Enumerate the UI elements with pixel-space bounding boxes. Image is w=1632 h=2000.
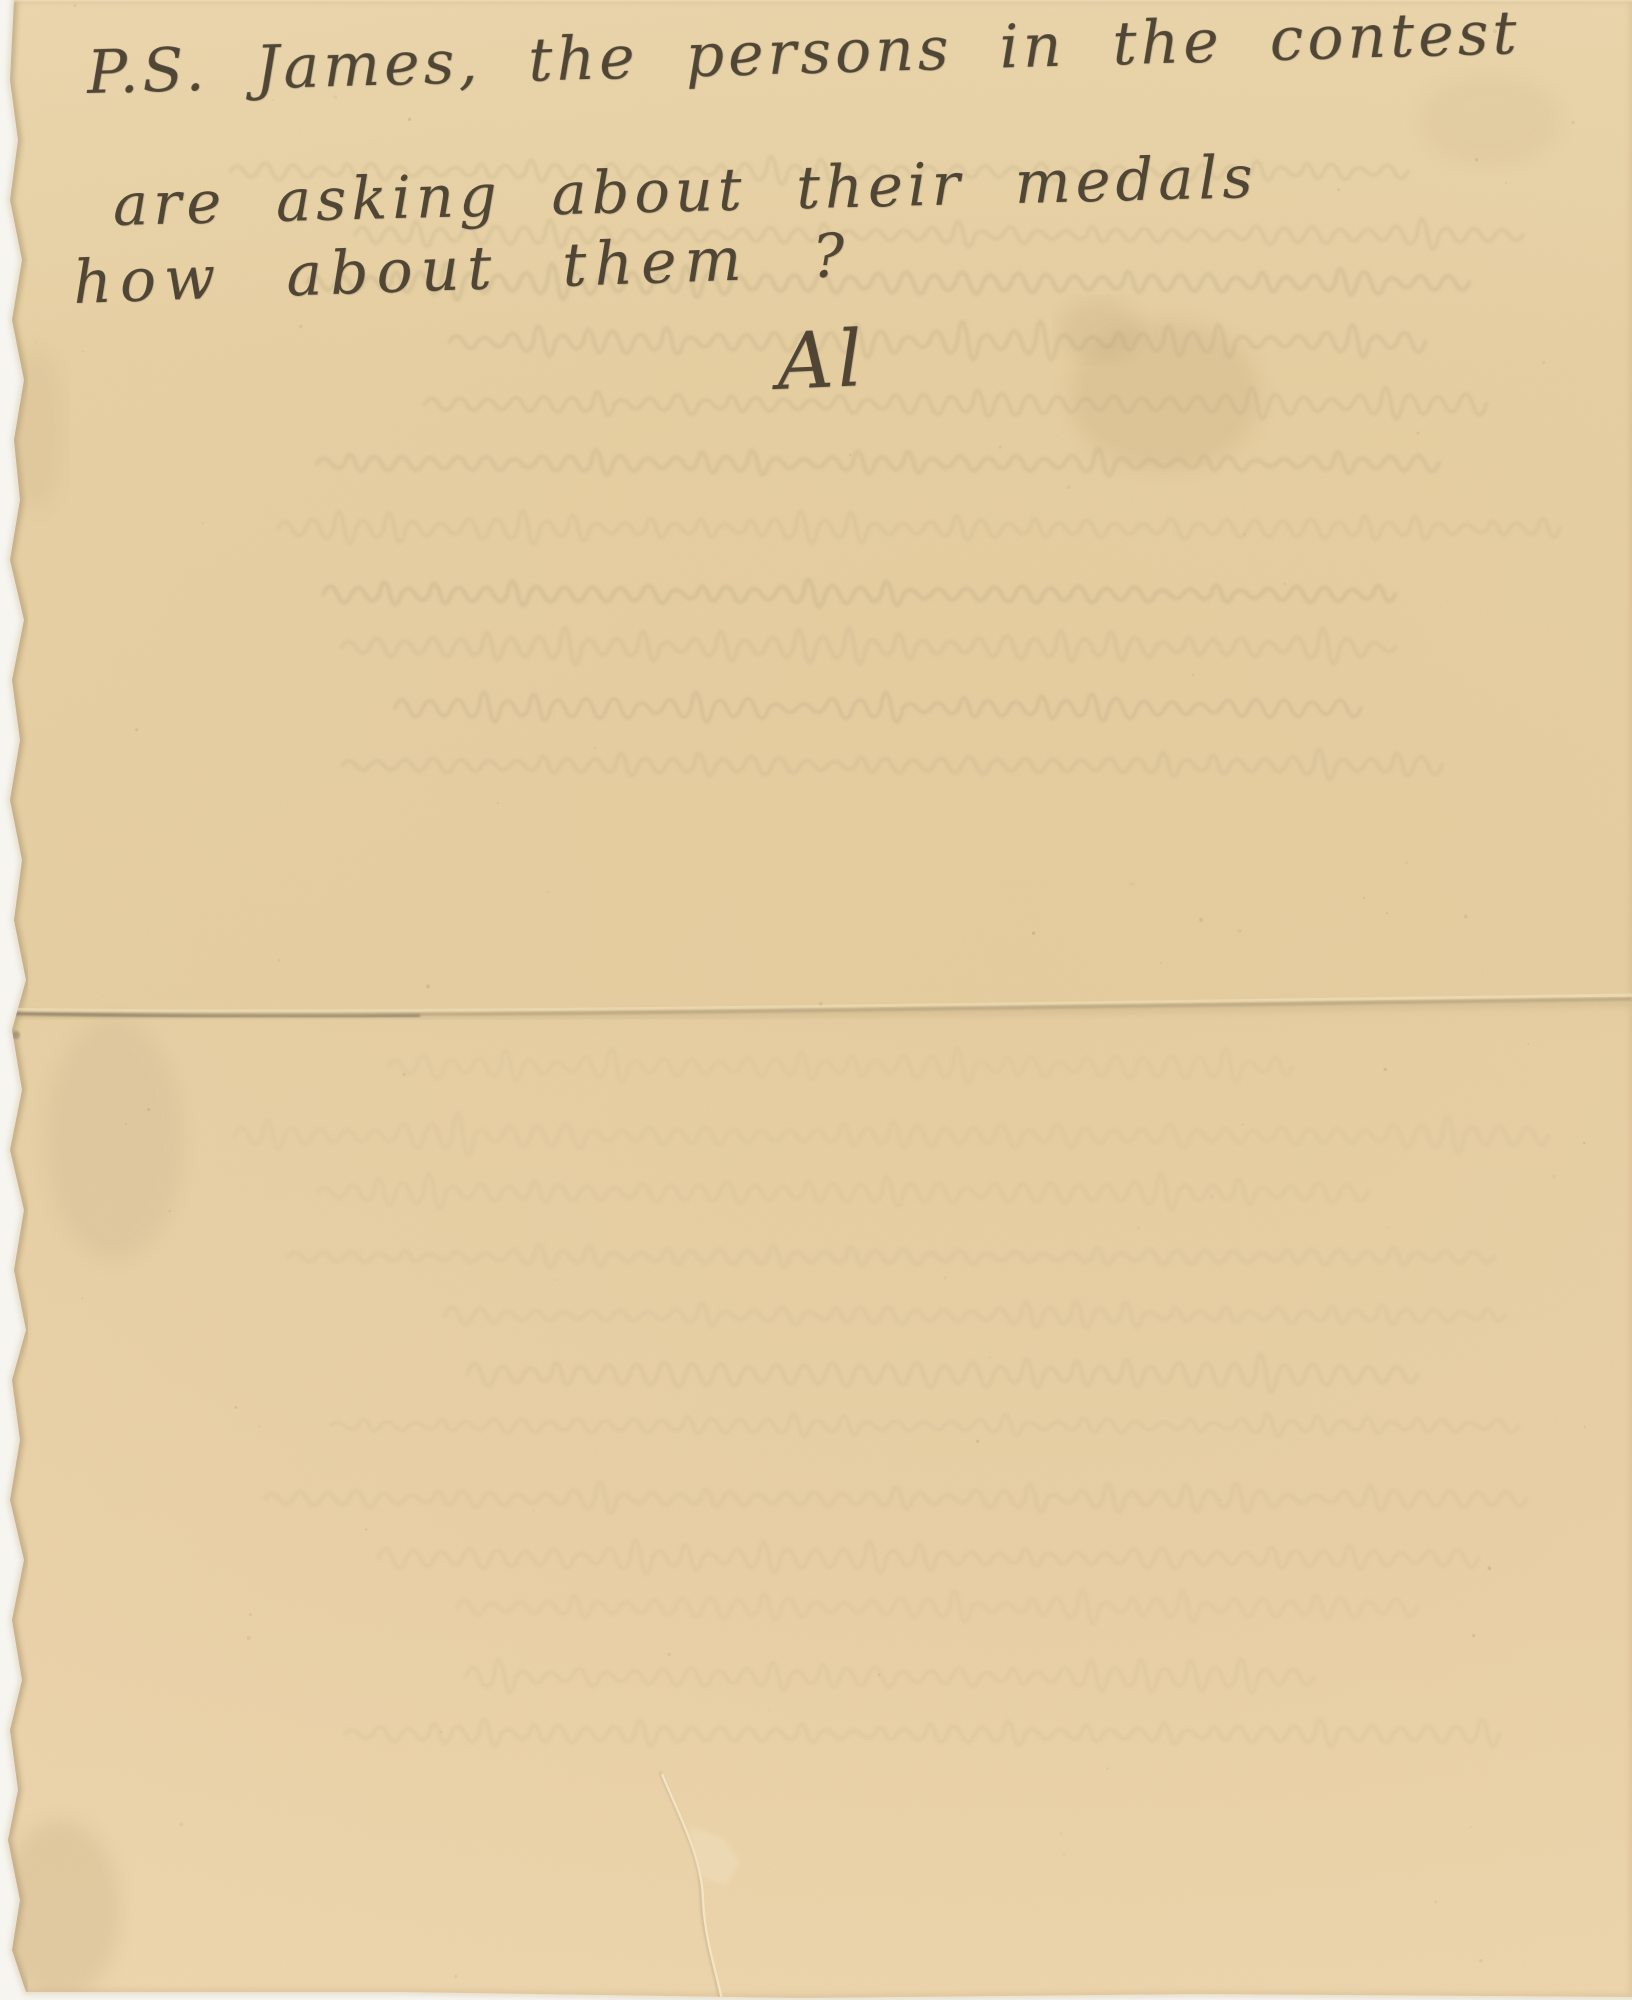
signature-al: Al bbox=[775, 314, 868, 408]
scanned-letter-page: P.S. James, the persons in the contest a… bbox=[0, 0, 1632, 2000]
